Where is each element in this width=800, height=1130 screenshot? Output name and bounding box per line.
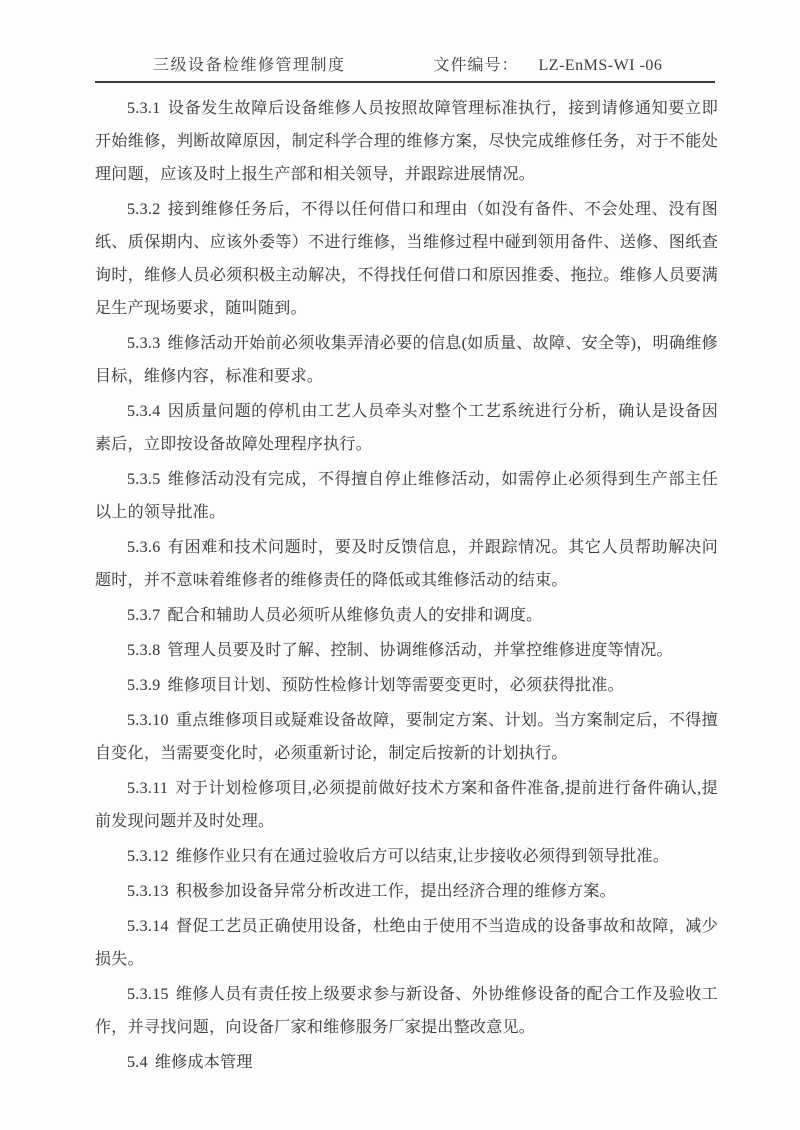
doc-number-label: 文件编号： (434, 52, 519, 75)
clause-text: 因质量问题的停机由工艺人员牵头对整个工艺系统进行分析，确认是设备因素后，立即按设… (95, 403, 718, 453)
clause-text: 积极参加设备异常分析改进工作，提出经济合理的维修方案。 (176, 883, 616, 900)
clause-number: 5.3.2 (127, 201, 168, 218)
clause-text: 对于计划检修项目,必须提前做好技术方案和备件准备,提前进行备件确认,提前发现问题… (95, 780, 718, 830)
clause-number: 5.3.1 (127, 100, 168, 117)
policy-paragraph: 5.3.14督促工艺员正确使用设备，杜绝由于使用不当造成的设备事故和故障，减少损… (95, 910, 718, 976)
clause-number: 5.3.10 (127, 712, 176, 729)
clause-number: 5.3.8 (127, 642, 168, 659)
clause-number: 5.4 (127, 1054, 155, 1071)
clause-number: 5.3.15 (127, 986, 176, 1003)
document-page: 三级设备检维修管理制度 文件编号： LZ-EnMS-WI -06 5.3.1设备… (0, 0, 800, 1130)
clause-number: 5.3.6 (127, 539, 168, 556)
clause-number: 5.3.13 (127, 883, 176, 900)
clause-text: 督促工艺员正确使用设备，杜绝由于使用不当造成的设备事故和故障，减少损失。 (95, 918, 718, 968)
clause-number: 5.3.11 (127, 780, 175, 797)
policy-paragraph: 5.3.8管理人员要及时了解、控制、协调维修活动，并掌控维修进度等情况。 (95, 634, 718, 667)
document-title: 三级设备检维修管理制度 (153, 52, 346, 75)
clause-number: 5.3.4 (127, 403, 168, 420)
policy-paragraph: 5.3.11对于计划检修项目,必须提前做好技术方案和备件准备,提前进行备件确认,… (95, 772, 718, 838)
policy-paragraph: 5.3.5维修活动没有完成，不得擅自停止维修活动，如需停止必须得到生产部主任以上… (95, 463, 718, 529)
header-rule (95, 81, 715, 83)
clause-text: 设备发生故障后设备维修人员按照故障管理标准执行，接到请修通知要立即开始维修，判断… (95, 100, 718, 183)
policy-paragraph: 5.3.10重点维修项目或疑难设备故障，要制定方案、计划。当方案制定后，不得擅自… (95, 704, 718, 770)
policy-paragraph: 5.3.1设备发生故障后设备维修人员按照故障管理标准执行，接到请修通知要立即开始… (95, 92, 718, 191)
policy-paragraph: 5.3.7配合和辅助人员必须听从维修负责人的安排和调度。 (95, 599, 718, 632)
clause-number: 5.3.5 (127, 471, 168, 488)
clause-text: 维修成本管理 (155, 1054, 253, 1071)
clause-text: 维修项目计划、预防性检修计划等需要变更时，必须获得批准。 (168, 677, 624, 694)
policy-paragraph: 5.3.3维修活动开始前必须收集弄清必要的信息(如质量、故障、安全等)，明确维修… (95, 327, 718, 393)
clause-number: 5.3.9 (127, 677, 168, 694)
clause-number: 5.3.14 (127, 918, 176, 935)
policy-paragraph: 5.3.2接到维修任务后，不得以任何借口和理由（如没有备件、不会处理、没有图纸、… (95, 193, 718, 325)
document-header: 三级设备检维修管理制度 文件编号： LZ-EnMS-WI -06 (95, 52, 718, 75)
clause-text: 重点维修项目或疑难设备故障，要制定方案、计划。当方案制定后，不得擅自变化，当需要… (95, 712, 718, 762)
clause-text: 管理人员要及时了解、控制、协调维修活动，并掌控维修进度等情况。 (168, 642, 673, 659)
policy-paragraph: 5.4维修成本管理 (95, 1046, 718, 1079)
policy-paragraph: 5.3.12维修作业只有在通过验收后方可以结束,让步接收必须得到领导批准。 (95, 840, 718, 873)
clause-number: 5.3.7 (127, 607, 168, 624)
clause-text: 维修人员有责任按上级要求参与新设备、外协维修设备的配合工作及验收工作，并寻找问题… (95, 986, 718, 1036)
clause-text: 配合和辅助人员必须听从维修负责人的安排和调度。 (168, 607, 543, 624)
policy-paragraph: 5.3.13积极参加设备异常分析改进工作，提出经济合理的维修方案。 (95, 875, 718, 908)
clause-text: 维修作业只有在通过验收后方可以结束,让步接收必须得到领导批准。 (176, 848, 669, 865)
document-body: 5.3.1设备发生故障后设备维修人员按照故障管理标准执行，接到请修通知要立即开始… (95, 92, 718, 1079)
policy-paragraph: 5.3.15维修人员有责任按上级要求参与新设备、外协维修设备的配合工作及验收工作… (95, 978, 718, 1044)
clause-text: 维修活动没有完成，不得擅自停止维修活动，如需停止必须得到生产部主任以上的领导批准… (95, 471, 718, 521)
clause-text: 接到维修任务后，不得以任何借口和理由（如没有备件、不会处理、没有图纸、质保期内、… (95, 201, 718, 317)
policy-paragraph: 5.3.6有困难和技术问题时，要及时反馈信息，并跟踪情况。其它人员帮助解决问题时… (95, 531, 718, 597)
policy-paragraph: 5.3.4因质量问题的停机由工艺人员牵头对整个工艺系统进行分析，确认是设备因素后… (95, 395, 718, 461)
policy-paragraph: 5.3.9维修项目计划、预防性检修计划等需要变更时，必须获得批准。 (95, 669, 718, 702)
clause-number: 5.3.12 (127, 848, 176, 865)
clause-text: 维修活动开始前必须收集弄清必要的信息(如质量、故障、安全等)，明确维修目标，维修… (95, 335, 718, 385)
clause-text: 有困难和技术问题时，要及时反馈信息，并跟踪情况。其它人员帮助解决问题时，并不意味… (95, 539, 718, 589)
clause-number: 5.3.3 (127, 335, 168, 352)
doc-number-value: LZ-EnMS-WI -06 (539, 57, 663, 75)
